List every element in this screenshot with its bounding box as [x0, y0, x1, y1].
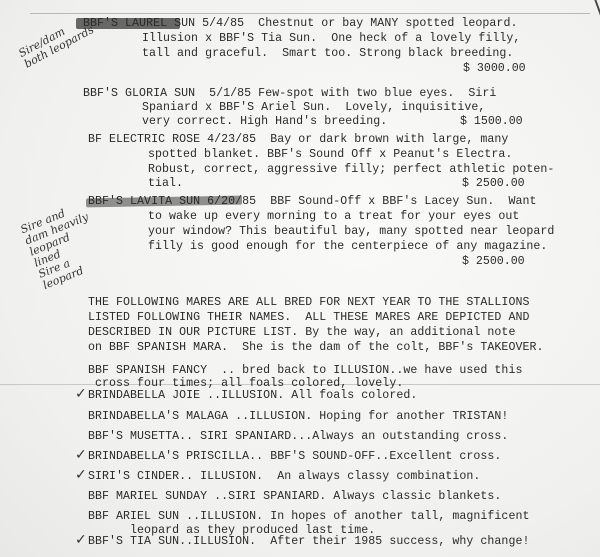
check-mark-icon: ✓ [75, 467, 87, 483]
listing-line: Robust, correct, aggressive filly; perfe… [148, 163, 554, 176]
listing-line: spotted blanket. BBF's Sound Off x Peanu… [148, 148, 512, 161]
handwritten-annotation: Sire and dam heavily leopard lined Sire … [19, 200, 108, 292]
listing-line: very correct. High Hand's breeding. [142, 115, 387, 128]
intro-line: DESCRIBED IN OUR PICTURE LIST. By the wa… [88, 326, 515, 339]
mare-line: BRINDABELLA JOIE ..ILLUSION. All foals c… [88, 389, 417, 402]
listing-line: your window? This beautiful bay, many sp… [148, 225, 554, 238]
listing-line: BF ELECTRIC ROSE 4/23/85 Bay or dark bro… [88, 133, 508, 146]
listing-line: filly is good enough for the centerpiece… [148, 240, 547, 253]
mare-line: BBF SPANISH FANCY .. bred back to ILLUSI… [88, 364, 522, 377]
listing-price: $ 2500.00 [462, 177, 525, 190]
mare-line: BRINDABELLA'S PRISCILLA.. BBF'S SOUND-OF… [88, 450, 501, 463]
intro-line: on BBF SPANISH MARA. She is the dam of t… [88, 341, 543, 354]
listing-line: BBF'S LAUREL SUN 5/4/85 Chestnut or bay … [83, 17, 517, 30]
listing-line: BBF'S GLORIA SUN 5/1/85 Few-spot with tw… [83, 87, 496, 100]
mare-line: BBF'S TIA SUN..ILLUSION. After their 198… [88, 535, 529, 548]
intro-line: LISTED FOLLOWING THEIR NAMES. ALL THESE … [88, 311, 529, 324]
listing-price: $ 1500.00 [460, 115, 523, 128]
check-mark-icon: ✓ [75, 447, 87, 463]
mare-line: SIRI'S CINDER.. ILLUSION. An always clas… [88, 470, 480, 483]
handwritten-annotation: Sire/dam both leopards [17, 13, 96, 70]
listing-price: $ 2500.00 [462, 255, 525, 268]
listing-line: to wake up every morning to a treat for … [148, 210, 519, 223]
listing-line: Illusion x BBF'S Tia Sun. One heck of a … [142, 32, 520, 45]
page-corner-mark [582, 0, 600, 20]
mare-line: BBF ARIEL SUN ..ILLUSION. In hopes of an… [88, 510, 529, 523]
listing-line: Spaniard x BBF'S Ariel Sun. Lovely, inqu… [142, 101, 485, 114]
scanned-document-page: BBF'S LAUREL SUN 5/4/85 Chestnut or bay … [0, 0, 600, 557]
listing-line: tial. [148, 177, 183, 190]
mare-line: BRINDABELLA'S MALAGA ..ILLUSION. Hoping … [88, 410, 508, 423]
mare-line: BBF'S MUSETTA.. SIRI SPANIARD...Always a… [88, 430, 508, 443]
listing-price: $ 3000.00 [463, 62, 526, 75]
mare-line: BBF MARIEL SUNDAY ..SIRI SPANIARD. Alway… [88, 490, 501, 503]
page-top-rule [30, 13, 590, 14]
listing-line: BBF'S LAVITA SUN 6/20/85 BBF Sound-Off x… [88, 195, 536, 208]
check-mark-icon: ✓ [75, 386, 87, 402]
intro-line: THE FOLLOWING MARES ARE ALL BRED FOR NEX… [88, 296, 529, 309]
check-mark-icon: ✓ [75, 532, 87, 548]
listing-line: tall and graceful. Smart too. Strong bla… [142, 47, 513, 60]
